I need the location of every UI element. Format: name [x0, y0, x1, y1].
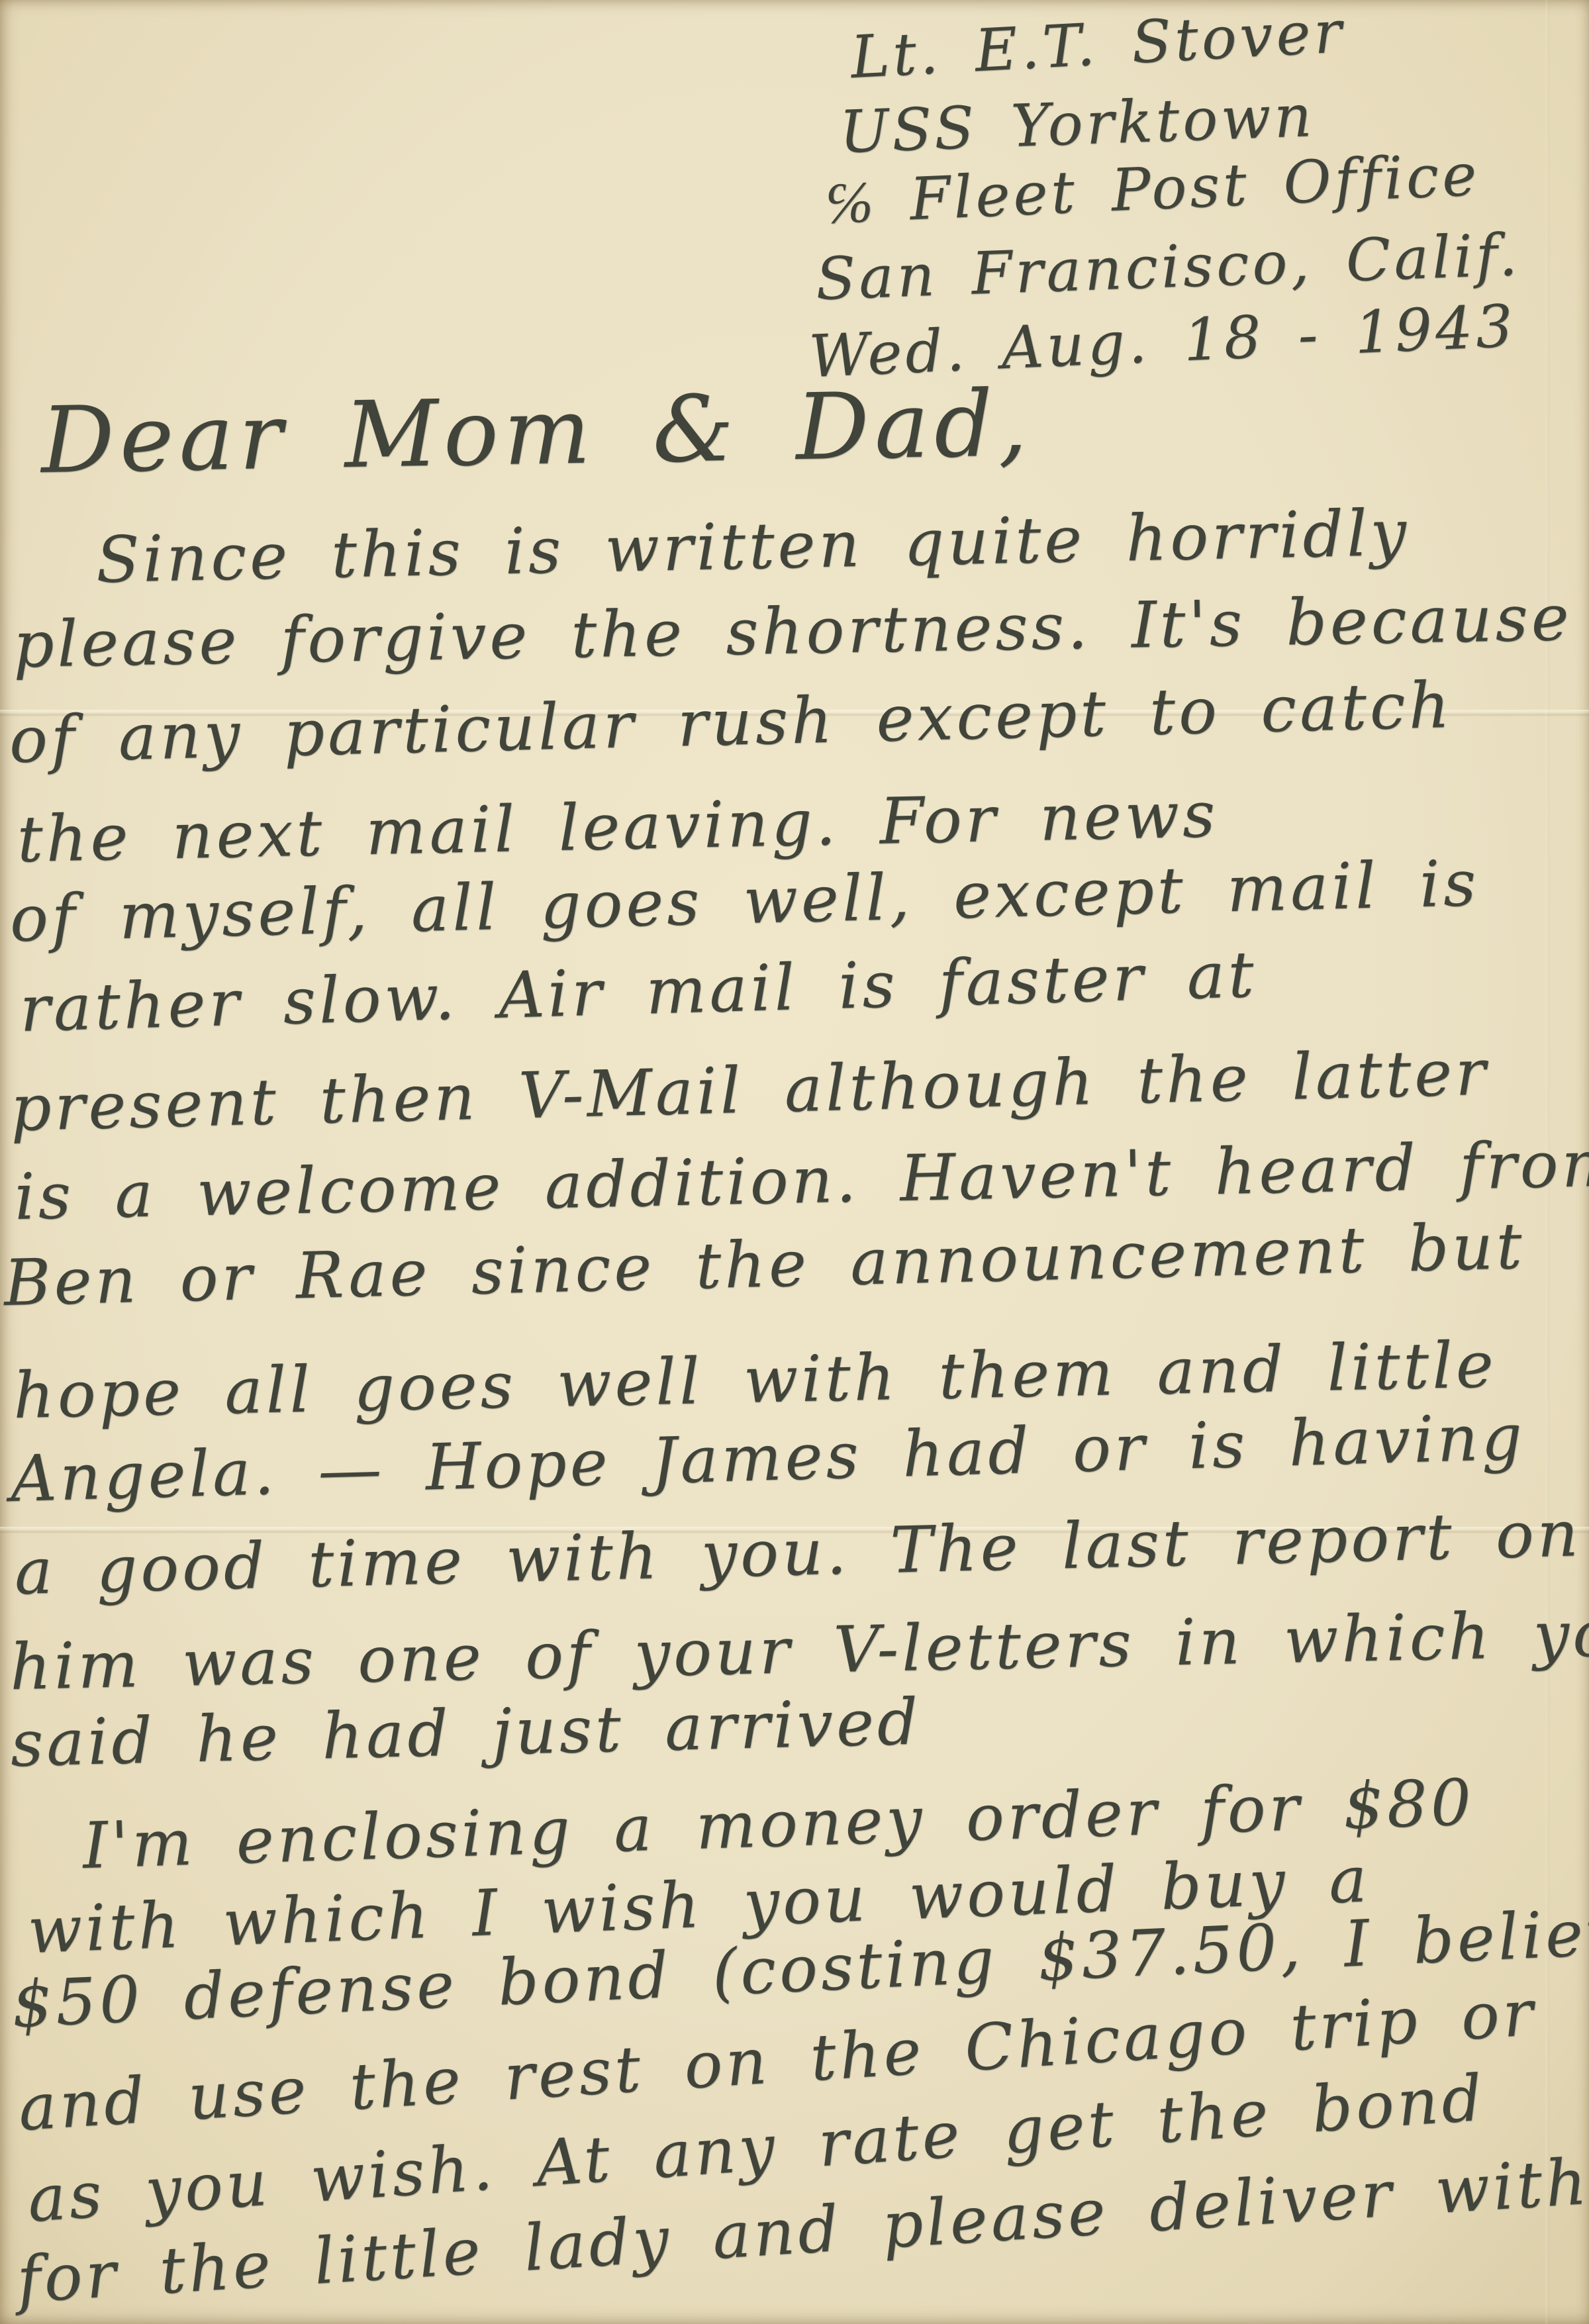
letter-line: present then V-Mail although the latter	[10, 1035, 1490, 1145]
letter-line: Since this is written quite horridly	[95, 495, 1410, 597]
letter-line: rather slow. Air mail is faster at	[19, 938, 1257, 1046]
salutation: Dear Mom & Dad,	[40, 370, 1034, 494]
letter-page: Lt. E.T. Stover USS Yorktown ℅ Fleet Pos…	[0, 0, 1589, 2324]
letter-line: please forgive the shortness. It's becau…	[13, 581, 1572, 682]
sender-name-line: Lt. E.T. Stover	[849, 0, 1347, 91]
letter-line: of any particular rush except to catch	[9, 668, 1454, 777]
letter-line: a good time with you. The last report on	[14, 1496, 1582, 1609]
